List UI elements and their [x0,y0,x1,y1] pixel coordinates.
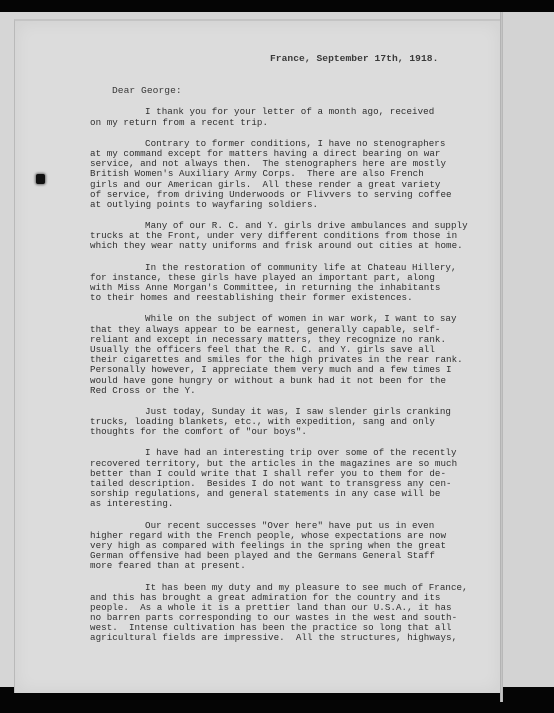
paragraph-7: I have had an interesting trip over some… [90,448,470,509]
paragraph-2: Contrary to former conditions, I have no… [90,139,470,210]
text-line: on my return from a recent trip. [90,118,470,128]
backing-sheet [503,12,554,687]
dateline: France, September 17th, 1918. [270,54,470,64]
text-line: Personally however, I appreciate them ve… [90,365,470,375]
text-line: at outlying points to wayfaring soldiers… [90,200,470,210]
paragraph-4: In the restoration of community life at … [90,263,470,304]
text-line: as interesting. [90,499,470,509]
salutation: Dear George: [112,86,470,96]
text-line: which they wear natty uniforms and frisk… [90,241,470,251]
text-line: to their homes and reestablishing their … [90,293,470,303]
punch-hole-mark [36,174,45,184]
paragraph-1: I thank you for your letter of a month a… [90,107,470,127]
text-line: thoughts for the comfort of "our boys". [90,427,470,437]
paragraph-6: Just today, Sunday it was, I saw slender… [90,407,470,438]
paragraph-5: While on the subject of women in war wor… [90,314,470,396]
text-line: more feared than at present. [90,561,470,571]
letter-body: France, September 17th, 1918. Dear Georg… [90,54,470,644]
paragraph-3: Many of our R. C. and Y. girls drive amb… [90,221,470,252]
paragraph-9: It has been my duty and my pleasure to s… [90,583,470,644]
page-edge [500,12,503,702]
paragraph-8: Our recent successes "Over here" have pu… [90,521,470,572]
text-line: British Women's Auxiliary Army Corps. Th… [90,169,470,179]
text-line: Red Cross or the Y. [90,386,470,396]
text-line: agricultural fields are impressive. All … [90,633,470,643]
